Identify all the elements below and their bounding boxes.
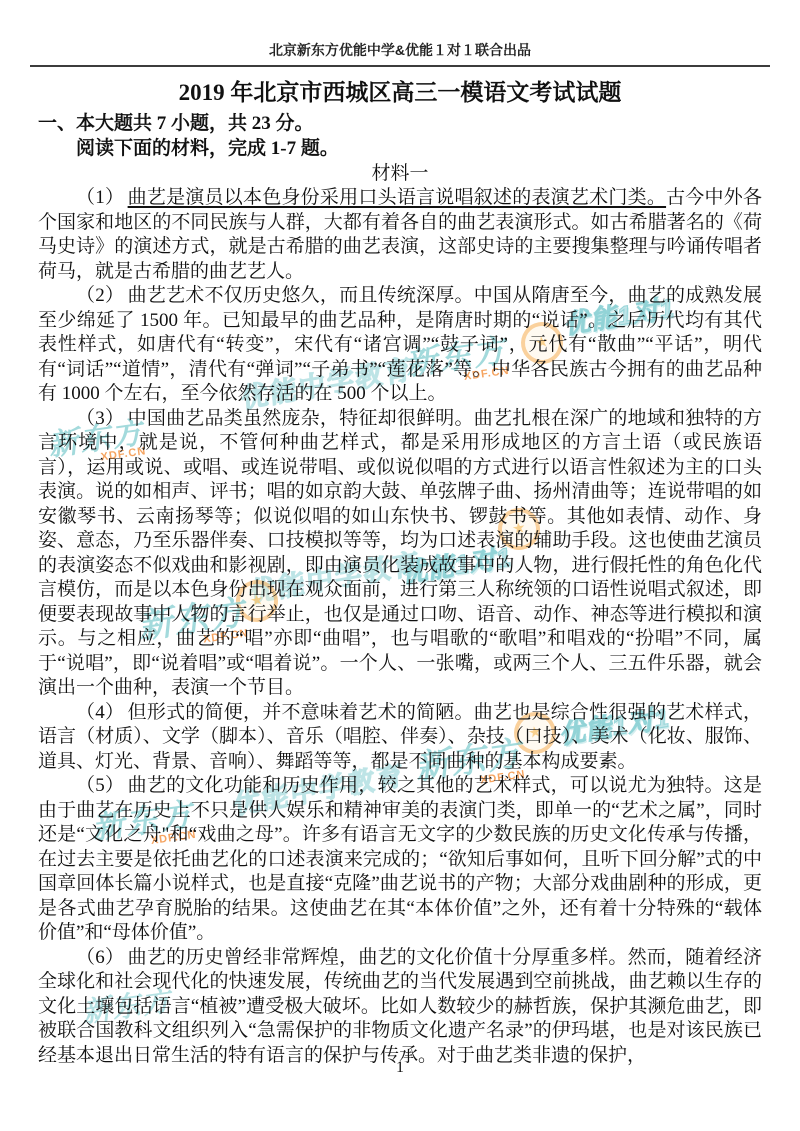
paragraph-number: （1） (76, 187, 124, 208)
section-instruction: 阅读下面的材料，完成 1-7 题。 (38, 136, 762, 161)
paragraph-number: （4） (76, 702, 124, 723)
paragraph-number: （3） (76, 408, 124, 429)
paragraph-text: 曲艺的文化功能和历史作用，较之其他的艺术样式，可以说尤为独特。这是由于曲艺在历史… (38, 775, 762, 943)
document-content: 北京新东方优能中学&优能１对１联合出品 2019 年北京市西城区高三一模语文考试… (0, 0, 800, 1068)
paragraph-number: （5） (76, 775, 124, 796)
paragraph-text: 但形式的简便，并不意味着艺术的简陋。曲艺也是综合性很强的艺术样式，语言（材质）、… (38, 702, 762, 772)
paragraph-1: （1）曲艺是演员以本色身份采用口头语言说唱叙述的表演艺术门类。古今中外各个国家和… (38, 186, 762, 284)
exam-title: 2019 年北京市西城区高三一模语文考试试题 (0, 79, 800, 107)
page-header: 北京新东方优能中学&优能１对１联合出品 (30, 0, 770, 67)
paragraph-number: （2） (76, 285, 124, 306)
paragraph-text: 中国曲艺品类虽然庞杂，特征却很鲜明。曲艺扎根在深广的地域和独特的方言环境中，就是… (38, 408, 762, 699)
paragraph-6: （6）曲艺的历史曾经非常辉煌，曲艺的文化价值十分厚重多样。然而，随着经济全球化和… (38, 946, 762, 1069)
section-heading: 一、本大题共 7 小题，共 23 分。 (38, 111, 762, 136)
material-label: 材料一 (0, 161, 800, 186)
paragraph-4: （4）但形式的简便，并不意味着艺术的简陋。曲艺也是综合性很强的艺术样式，语言（材… (38, 701, 762, 775)
paragraph-3: （3）中国曲艺品类虽然庞杂，特征却很鲜明。曲艺扎根在深广的地域和独特的方言环境中… (38, 407, 762, 701)
paragraph-2: （2）曲艺艺术不仅历史悠久，而且传统深厚。中国从隋唐至今，曲艺的成熟发展至少绵延… (38, 284, 762, 407)
paragraph-number: （6） (76, 947, 124, 968)
paragraph-text: 曲艺的历史曾经非常辉煌，曲艺的文化价值十分厚重多样。然而，随着经济全球化和社会现… (38, 947, 762, 1066)
underlined-thesis: 曲艺是演员以本色身份采用口头语言说唱叙述的表演艺术门类。 (128, 187, 666, 208)
paragraph-text: 曲艺艺术不仅历史悠久，而且传统深厚。中国从隋唐至今，曲艺的成熟发展至少绵延了 1… (38, 285, 762, 404)
publisher-line: 北京新东方优能中学&优能１对１联合出品 (269, 42, 531, 58)
paragraph-5: （5）曲艺的文化功能和历史作用，较之其他的艺术样式，可以说尤为独特。这是由于曲艺… (38, 774, 762, 946)
page-number: 1 (0, 1058, 800, 1078)
exam-page: 优能1对1 ★ 新东方 XDF.CN 优能中学教育 新东方 XDF.CN ★ 优… (0, 0, 800, 1131)
